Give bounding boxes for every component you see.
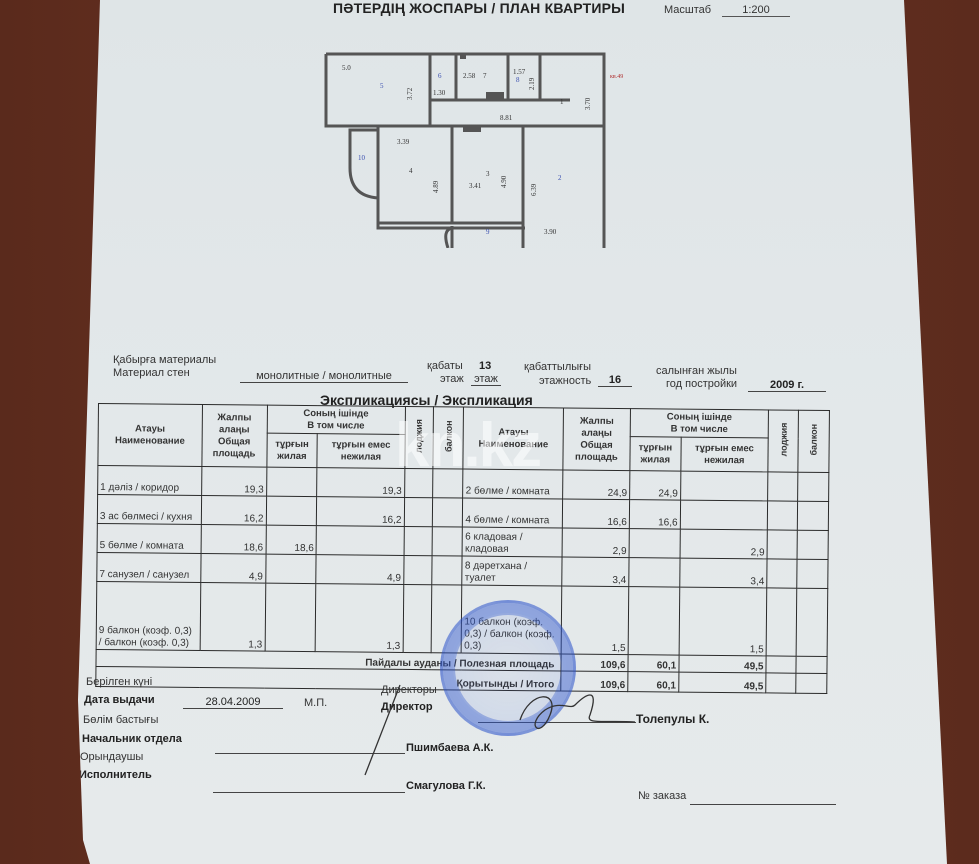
loggia-cell bbox=[768, 472, 799, 501]
wall-material-value: монолитные / монолитные bbox=[240, 370, 408, 383]
room-name: 5 бөлме / комната bbox=[97, 523, 201, 553]
floor-value: 13 bbox=[479, 360, 491, 372]
executor-label-ru: Исполнитель bbox=[79, 769, 152, 781]
svg-text:6: 6 bbox=[438, 72, 442, 80]
room-name: 6 кладовая / кладовая bbox=[463, 527, 563, 557]
non-living-area bbox=[316, 526, 404, 556]
header-total-area-right: Жалпы алаңы Общая площадь bbox=[563, 408, 631, 471]
total-area: 1,3 bbox=[200, 582, 266, 651]
svg-text:3.90: 3.90 bbox=[544, 228, 557, 236]
issue-date-value: 28.04.2009 bbox=[183, 696, 283, 709]
svg-text:8.81: 8.81 bbox=[500, 114, 513, 122]
svg-text:4.90: 4.90 bbox=[500, 175, 508, 188]
loggia-cell bbox=[404, 497, 433, 526]
head-label-kz: Бөлім бастығы bbox=[83, 714, 158, 726]
non-living-area: 2,9 bbox=[680, 529, 768, 559]
living-area bbox=[629, 558, 680, 587]
floor-plan: 5.0 5 3.72 6 1.30 2.58 7 1.57 8 2.19 1 8… bbox=[320, 48, 640, 248]
wall-material-label-ru: Материал стен bbox=[113, 367, 190, 379]
svg-text:3.72: 3.72 bbox=[406, 87, 414, 100]
room-name: 3 ас бөлмесі / кухня bbox=[97, 495, 201, 525]
watermark: kn.kz bbox=[395, 410, 540, 481]
document-sheet: ПӘТЕРДІҢ ЖОСПАРЫ / ПЛАН КВАРТИРЫ Масштаб… bbox=[0, 0, 979, 864]
header-non-living-right: тұрғын емес нежилая bbox=[681, 437, 769, 472]
total-area: 18,6 bbox=[201, 524, 266, 554]
loggia-cell bbox=[403, 555, 432, 584]
svg-text:7: 7 bbox=[483, 72, 487, 80]
non-living-area: 3,4 bbox=[679, 558, 767, 588]
loggia-cell bbox=[766, 588, 797, 656]
loggia-cell bbox=[767, 501, 798, 530]
living-area: 16,6 bbox=[629, 500, 680, 529]
floors-total-label-kz: қабаттылығы bbox=[524, 361, 591, 373]
header-balcony-right: балкон bbox=[798, 410, 829, 472]
total-area: 4,9 bbox=[200, 553, 265, 583]
header-living: тұрғын жилая bbox=[266, 433, 317, 467]
svg-text:2.19: 2.19 bbox=[528, 77, 536, 90]
scale-label: Масштаб bbox=[664, 4, 711, 16]
document-title: ПӘТЕРДІҢ ЖОСПАРЫ / ПЛАН КВАРТИРЫ bbox=[333, 0, 625, 16]
non-living-area: 19,3 bbox=[317, 468, 405, 498]
room-name: 1 дәліз / коридор bbox=[98, 466, 202, 496]
scale-value: 1:200 bbox=[722, 4, 790, 17]
living-area bbox=[265, 554, 316, 583]
svg-text:3: 3 bbox=[486, 170, 490, 178]
svg-text:8: 8 bbox=[516, 76, 520, 84]
room-name: 7 санузел / санузел bbox=[97, 552, 201, 582]
balcony-cell bbox=[797, 588, 828, 656]
room-name: 8 дәретхана / туалет bbox=[462, 556, 562, 586]
balcony-cell bbox=[798, 472, 829, 501]
svg-text:2: 2 bbox=[558, 174, 562, 182]
loggia-cell bbox=[767, 530, 798, 559]
living-area bbox=[266, 496, 317, 525]
year-value: 2009 г. bbox=[748, 379, 826, 392]
executor-label-kz: Орындаушы bbox=[80, 751, 143, 763]
living-area bbox=[266, 467, 317, 496]
total-area: 16,6 bbox=[562, 499, 629, 529]
svg-text:5: 5 bbox=[380, 82, 384, 90]
svg-text:6.39: 6.39 bbox=[530, 183, 538, 196]
svg-text:3.70: 3.70 bbox=[584, 97, 592, 110]
svg-text:1.57: 1.57 bbox=[513, 68, 526, 76]
header-including-right: Соның ішінде В том числе bbox=[630, 409, 768, 438]
balcony-cell bbox=[797, 559, 828, 588]
non-living-area: 1,5 bbox=[679, 587, 767, 656]
svg-text:4.89: 4.89 bbox=[432, 180, 440, 193]
balcony-cell bbox=[432, 527, 463, 556]
non-living-area bbox=[680, 500, 768, 530]
floor-label-kz: қабаты bbox=[427, 360, 463, 372]
year-label-kz: салынған жылы bbox=[656, 365, 737, 377]
floor-value-ru: этаж bbox=[471, 373, 501, 386]
seal-label: М.П. bbox=[304, 697, 327, 709]
header-including: Соның ішінде В том числе bbox=[267, 405, 405, 434]
room-5-width: 5.0 bbox=[342, 64, 351, 72]
header-total-area: Жалпы алаңы Общая площадь bbox=[201, 404, 267, 467]
svg-text:1: 1 bbox=[560, 98, 564, 106]
balcony-cell bbox=[432, 556, 463, 585]
balcony-cell bbox=[798, 501, 829, 530]
total-area: 16,2 bbox=[201, 495, 266, 525]
order-number-value bbox=[690, 790, 836, 805]
svg-text:кв.49: кв.49 bbox=[610, 74, 623, 80]
floors-total-value: 16 bbox=[598, 374, 632, 387]
floor-label-ru: этаж bbox=[440, 373, 464, 385]
living-area bbox=[265, 583, 316, 651]
living-area: 24,9 bbox=[630, 471, 681, 500]
svg-text:4: 4 bbox=[409, 167, 413, 175]
balcony-cell bbox=[432, 498, 463, 527]
svg-text:3.41: 3.41 bbox=[469, 182, 482, 190]
total-area: 19,3 bbox=[201, 466, 266, 496]
room-name: 9 балкон (коэф. 0,3) / балкон (коэф. 0,3… bbox=[96, 581, 200, 650]
issue-date-label-ru: Дата выдачи bbox=[84, 694, 155, 706]
header-loggia-right: лоджия bbox=[768, 410, 799, 472]
svg-text:1.30: 1.30 bbox=[433, 89, 446, 97]
header-non-living: тұрғын емес нежилая bbox=[317, 434, 405, 469]
total-area: 2,9 bbox=[562, 528, 629, 558]
living-area: 18,6 bbox=[266, 525, 317, 554]
svg-text:10: 10 bbox=[358, 154, 366, 162]
header-living-right: тұрғын жилая bbox=[630, 437, 681, 471]
svg-text:3.39: 3.39 bbox=[397, 138, 410, 146]
living-area bbox=[629, 529, 680, 558]
balcony-cell bbox=[797, 530, 828, 559]
loggia-cell bbox=[767, 559, 798, 588]
total-area: 24,9 bbox=[563, 470, 630, 500]
floors-total-label-ru: этажность bbox=[539, 375, 591, 387]
header-name: Атауы Наименование bbox=[98, 404, 202, 467]
loggia-cell bbox=[404, 526, 433, 555]
svg-text:2.58: 2.58 bbox=[463, 72, 476, 80]
non-living-area: 16,2 bbox=[317, 497, 405, 527]
issue-date-label-kz: Берілген күні bbox=[86, 676, 152, 688]
non-living-area: 4,9 bbox=[316, 555, 404, 585]
total-area: 3,4 bbox=[562, 557, 629, 587]
room-name: 4 бөлме / комната bbox=[463, 498, 563, 528]
non-living-area bbox=[680, 471, 768, 501]
wall-material-label-kz: Қабырға материалы bbox=[113, 354, 216, 366]
svg-text:9: 9 bbox=[486, 228, 490, 236]
year-label-ru: год постройки bbox=[666, 378, 737, 390]
signatures bbox=[360, 640, 660, 800]
head-label-ru: Начальник отдела bbox=[82, 733, 182, 745]
